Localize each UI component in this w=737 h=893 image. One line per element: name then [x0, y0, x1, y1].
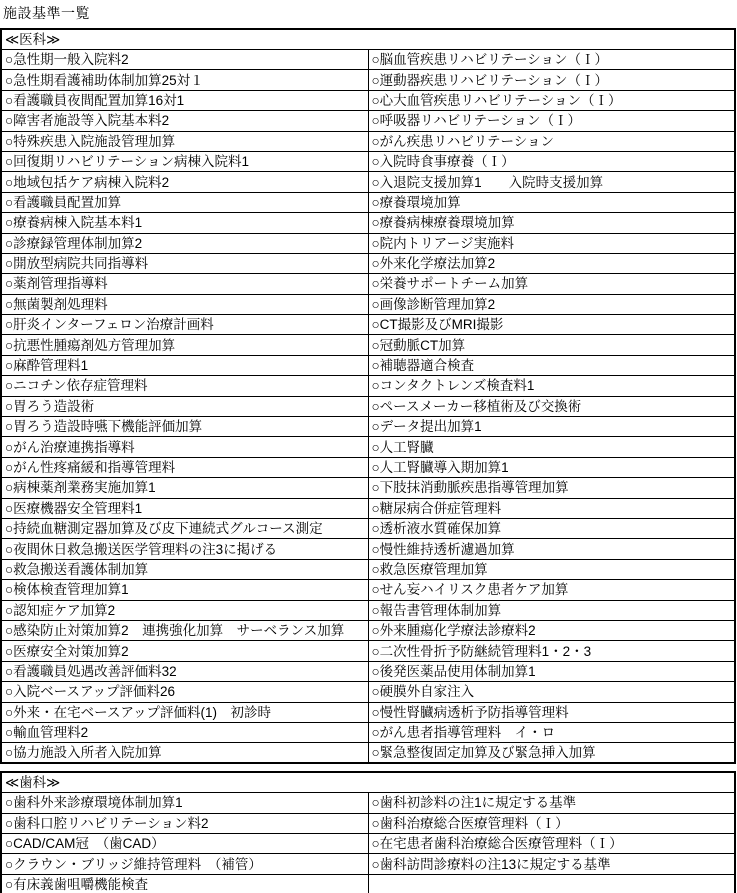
item-cell-left: ○がん性疼痛緩和指導管理料 — [1, 457, 368, 477]
section-header-dental: ≪歯科≫ — [1, 772, 735, 793]
item-cell-left: ○障害者施設等入院基本料2 — [1, 111, 368, 131]
item-cell-right: ○脳血管疾患リハビリテーション（Ｉ） — [368, 50, 735, 70]
item-cell-left: ○持続血糖測定器加算及び皮下連続式グルコース測定 — [1, 518, 368, 538]
item-cell-left: ○検体検査管理加算1 — [1, 580, 368, 600]
item-cell-left: ○夜間休日救急搬送医学管理料の注3に掲げる — [1, 539, 368, 559]
item-cell-left: ○入院ベースアップ評価料26 — [1, 682, 368, 702]
item-cell-right: ○人工腎臓 — [368, 437, 735, 457]
item-cell-right: ○せん妄ハイリスク患者ケア加算 — [368, 580, 735, 600]
item-cell-left: ○急性期看護補助体制加算25対１ — [1, 70, 368, 90]
table-row: ○救急搬送看護体制加算○救急医療管理加算 — [1, 559, 735, 579]
item-cell-right: ○歯科訪問診療料の注13に規定する基準 — [368, 854, 735, 874]
item-cell-right: ○歯科初診料の注1に規定する基準 — [368, 793, 735, 813]
table-row: ○感染防止対策加算2 連携強化加算 サーベランス加算○外来腫瘍化学療法診療料2 — [1, 620, 735, 640]
table-row: ○地域包括ケア病棟入院料2○入退院支援加算1 入院時支援加算 — [1, 172, 735, 192]
table-row: ○薬剤管理指導料○栄養サポートチーム加算 — [1, 274, 735, 294]
item-cell-right: ○慢性維持透析濾過加算 — [368, 539, 735, 559]
item-cell-left: ○看護職員処遇改善評価料32 — [1, 661, 368, 681]
item-cell-left: ○外来・在宅ベースアップ評価料(1) 初診時 — [1, 702, 368, 722]
table-row: ○入院ベースアップ評価料26○硬膜外自家注入 — [1, 682, 735, 702]
item-cell-left: ○医療安全対策加算2 — [1, 641, 368, 661]
table-row: ○回復期リハビリテーション病棟入院料1○入院時食事療養（Ｉ） — [1, 151, 735, 171]
item-cell-right: ○下肢抹消動脈疾患指導管理加算 — [368, 478, 735, 498]
item-cell-right: ○透析液水質確保加算 — [368, 518, 735, 538]
item-cell-right: ○硬膜外自家注入 — [368, 682, 735, 702]
item-cell-left: ○歯科外来診療環境体制加算1 — [1, 793, 368, 813]
tables-container: ≪医科≫○急性期一般入院料2○脳血管疾患リハビリテーション（Ｉ）○急性期看護補助… — [0, 28, 737, 893]
table-row: ○急性期看護補助体制加算25対１○運動器疾患リハビリテーション（Ｉ） — [1, 70, 735, 90]
item-cell-left: ○クラウン・ブリッジ維持管理料 （補管） — [1, 854, 368, 874]
item-cell-right: ○補聴器適合検査 — [368, 355, 735, 375]
table-row: ○ニコチン依存症管理料○コンタクトレンズ検査料1 — [1, 376, 735, 396]
item-cell-right: ○緊急整復固定加算及び緊急挿入加算 — [368, 743, 735, 764]
item-cell-left: ○協力施設入所者入院加算 — [1, 743, 368, 764]
item-cell-right: ○入退院支援加算1 入院時支援加算 — [368, 172, 735, 192]
table-row: ○輸血管理料2○がん患者指導管理料 イ・ロ — [1, 722, 735, 742]
table-row: ○無菌製剤処理料○画像診断管理加算2 — [1, 294, 735, 314]
table-row: ○認知症ケア加算2○報告書管理体制加算 — [1, 600, 735, 620]
table-row: ○胃ろう造設時嚥下機能評価加算○データ提出加算1 — [1, 417, 735, 437]
table-row: ○看護職員配置加算○療養環境加算 — [1, 192, 735, 212]
item-cell-left: ○肝炎インターフェロン治療計画料 — [1, 315, 368, 335]
item-cell-right: ○がん患者指導管理料 イ・ロ — [368, 722, 735, 742]
item-cell-left: ○開放型病院共同指導料 — [1, 253, 368, 273]
item-cell-left: ○胃ろう造設時嚥下機能評価加算 — [1, 417, 368, 437]
item-cell-right: ○療養環境加算 — [368, 192, 735, 212]
item-cell-left: ○輸血管理料2 — [1, 722, 368, 742]
item-cell-left: ○薬剤管理指導料 — [1, 274, 368, 294]
item-cell-right: ○冠動脈CT加算 — [368, 335, 735, 355]
table-row: ○協力施設入所者入院加算○緊急整復固定加算及び緊急挿入加算 — [1, 743, 735, 764]
item-cell-right: ○がん疾患リハビリテーション — [368, 131, 735, 151]
item-cell-right: ○心大血管疾患リハビリテーション（Ｉ） — [368, 90, 735, 110]
item-cell-left: ○歯科口腔リハビリテーション料2 — [1, 813, 368, 833]
item-cell-right: ○運動器疾患リハビリテーション（Ｉ） — [368, 70, 735, 90]
item-cell-right: ○データ提出加算1 — [368, 417, 735, 437]
item-cell-right: ○栄養サポートチーム加算 — [368, 274, 735, 294]
item-cell-right: ○院内トリアージ実施料 — [368, 233, 735, 253]
item-cell-left: ○療養病棟入院基本料1 — [1, 213, 368, 233]
item-cell-left: ○急性期一般入院料2 — [1, 50, 368, 70]
item-cell-right: ○コンタクトレンズ検査料1 — [368, 376, 735, 396]
table-row: ○医療機器安全管理料1○糖尿病合併症管理料 — [1, 498, 735, 518]
table-row: ○肝炎インターフェロン治療計画料○CT撮影及びMRI撮影 — [1, 315, 735, 335]
item-cell-left: ○救急搬送看護体制加算 — [1, 559, 368, 579]
table-row: ○看護職員処遇改善評価料32○後発医薬品使用体制加算1 — [1, 661, 735, 681]
table-row: ○有床義歯咀嚼機能検査 — [1, 874, 735, 893]
table-row: ○療養病棟入院基本料1○療養病棟療養環境加算 — [1, 213, 735, 233]
table-row: ○開放型病院共同指導料○外来化学療法加算2 — [1, 253, 735, 273]
item-cell-right: ○外来腫瘍化学療法診療料2 — [368, 620, 735, 640]
item-cell-left: ○ニコチン依存症管理料 — [1, 376, 368, 396]
table-row: ○診療録管理体制加算2○院内トリアージ実施料 — [1, 233, 735, 253]
table-row: ○がん治療連携指導料○人工腎臓 — [1, 437, 735, 457]
table-row: ○医療安全対策加算2○二次性骨折予防継続管理料1・2・3 — [1, 641, 735, 661]
item-cell-right: ○慢性腎臓病透析予防指導管理料 — [368, 702, 735, 722]
item-cell-left: ○医療機器安全管理料1 — [1, 498, 368, 518]
item-cell-left: ○看護職員夜間配置加算16対1 — [1, 90, 368, 110]
table-row: ○特殊疾患入院施設管理加算○がん疾患リハビリテーション — [1, 131, 735, 151]
item-cell-right: ○糖尿病合併症管理料 — [368, 498, 735, 518]
item-cell-right: ○在宅患者歯科治療総合医療管理料（Ｉ） — [368, 834, 735, 854]
item-cell-right: ○CT撮影及びMRI撮影 — [368, 315, 735, 335]
table-row: ○胃ろう造設術○ペースメーカー移植術及び交換術 — [1, 396, 735, 416]
item-cell-left: ○胃ろう造設術 — [1, 396, 368, 416]
table-row: ○病棟薬剤業務実施加算1○下肢抹消動脈疾患指導管理加算 — [1, 478, 735, 498]
item-cell-left: ○有床義歯咀嚼機能検査 — [1, 874, 368, 893]
item-cell-left: ○回復期リハビリテーション病棟入院料1 — [1, 151, 368, 171]
section-header-medical: ≪医科≫ — [1, 29, 735, 50]
item-cell-right: ○二次性骨折予防継続管理料1・2・3 — [368, 641, 735, 661]
item-cell-right: ○ペースメーカー移植術及び交換術 — [368, 396, 735, 416]
item-cell-left: ○CAD/CAM冠 （歯CAD） — [1, 834, 368, 854]
table-row: ○検体検査管理加算1○せん妄ハイリスク患者ケア加算 — [1, 580, 735, 600]
table-row: ○抗悪性腫瘍剤処方管理加算○冠動脈CT加算 — [1, 335, 735, 355]
item-cell-left: ○無菌製剤処理料 — [1, 294, 368, 314]
document-page: 施設基準一覧 ≪医科≫○急性期一般入院料2○脳血管疾患リハビリテーション（Ｉ）○… — [0, 0, 737, 893]
item-cell-left: ○認知症ケア加算2 — [1, 600, 368, 620]
item-cell-right: ○救急医療管理加算 — [368, 559, 735, 579]
facility-standards-table-dental: ≪歯科≫○歯科外来診療環境体制加算1○歯科初診料の注1に規定する基準○歯科口腔リ… — [0, 771, 736, 893]
item-cell-right: ○歯科治療総合医療管理料（Ｉ） — [368, 813, 735, 833]
item-cell-left: ○地域包括ケア病棟入院料2 — [1, 172, 368, 192]
table-row: ○急性期一般入院料2○脳血管疾患リハビリテーション（Ｉ） — [1, 50, 735, 70]
item-cell-right: ○後発医薬品使用体制加算1 — [368, 661, 735, 681]
item-cell-right: ○報告書管理体制加算 — [368, 600, 735, 620]
item-cell-right: ○呼吸器リハビリテーション（Ｉ） — [368, 111, 735, 131]
page-title: 施設基準一覧 — [0, 0, 737, 28]
item-cell-left: ○特殊疾患入院施設管理加算 — [1, 131, 368, 151]
table-row: ○夜間休日救急搬送医学管理料の注3に掲げる○慢性維持透析濾過加算 — [1, 539, 735, 559]
item-cell-right — [368, 874, 735, 893]
item-cell-left: ○抗悪性腫瘍剤処方管理加算 — [1, 335, 368, 355]
item-cell-left: ○がん治療連携指導料 — [1, 437, 368, 457]
item-cell-left: ○麻酔管理料1 — [1, 355, 368, 375]
table-row: ○歯科口腔リハビリテーション料2○歯科治療総合医療管理料（Ｉ） — [1, 813, 735, 833]
table-row: ○外来・在宅ベースアップ評価料(1) 初診時○慢性腎臓病透析予防指導管理料 — [1, 702, 735, 722]
item-cell-left: ○感染防止対策加算2 連携強化加算 サーベランス加算 — [1, 620, 368, 640]
item-cell-right: ○外来化学療法加算2 — [368, 253, 735, 273]
table-row: ○麻酔管理料1○補聴器適合検査 — [1, 355, 735, 375]
section-header-row: ≪歯科≫ — [1, 772, 735, 793]
item-cell-left: ○病棟薬剤業務実施加算1 — [1, 478, 368, 498]
facility-standards-table-medical: ≪医科≫○急性期一般入院料2○脳血管疾患リハビリテーション（Ｉ）○急性期看護補助… — [0, 28, 736, 764]
item-cell-right: ○画像診断管理加算2 — [368, 294, 735, 314]
section-header-row: ≪医科≫ — [1, 29, 735, 50]
item-cell-left: ○診療録管理体制加算2 — [1, 233, 368, 253]
item-cell-right: ○人工腎臓導入期加算1 — [368, 457, 735, 477]
table-row: ○がん性疼痛緩和指導管理料○人工腎臓導入期加算1 — [1, 457, 735, 477]
table-row: ○クラウン・ブリッジ維持管理料 （補管）○歯科訪問診療料の注13に規定する基準 — [1, 854, 735, 874]
item-cell-left: ○看護職員配置加算 — [1, 192, 368, 212]
table-row: ○CAD/CAM冠 （歯CAD）○在宅患者歯科治療総合医療管理料（Ｉ） — [1, 834, 735, 854]
table-row: ○持続血糖測定器加算及び皮下連続式グルコース測定○透析液水質確保加算 — [1, 518, 735, 538]
table-row: ○看護職員夜間配置加算16対1○心大血管疾患リハビリテーション（Ｉ） — [1, 90, 735, 110]
item-cell-right: ○療養病棟療養環境加算 — [368, 213, 735, 233]
item-cell-right: ○入院時食事療養（Ｉ） — [368, 151, 735, 171]
table-row: ○障害者施設等入院基本料2○呼吸器リハビリテーション（Ｉ） — [1, 111, 735, 131]
table-row: ○歯科外来診療環境体制加算1○歯科初診料の注1に規定する基準 — [1, 793, 735, 813]
